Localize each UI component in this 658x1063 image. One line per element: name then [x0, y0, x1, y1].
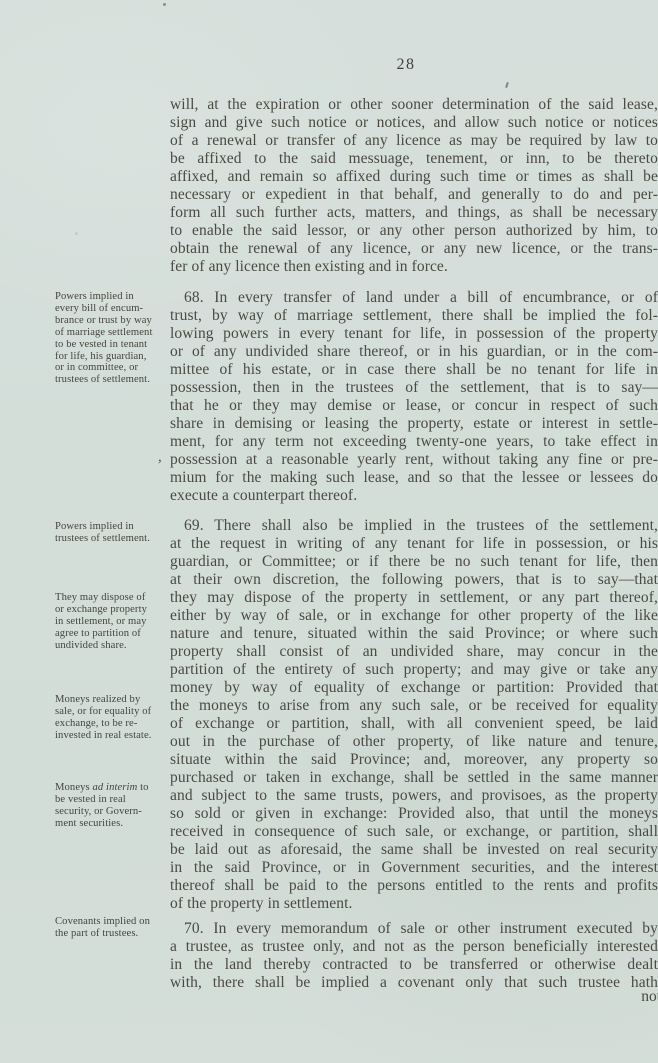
text-line: guardian, or Committee; or if there be n…: [170, 553, 658, 571]
text-line: possession at a reasonable yearly rent, …: [170, 451, 658, 469]
note-text: to: [137, 782, 148, 793]
text-line: security, or Govern-: [55, 806, 167, 818]
margin-note-powers-bill-encumbrance: Powers implied inevery bill of encum-bra…: [55, 291, 167, 386]
text-line: they may dispose of the property in sett…: [170, 589, 658, 607]
text-line: be vested in real: [55, 794, 167, 806]
text-line: trust, by way of marriage settlement, th…: [170, 307, 658, 325]
text-line: or in committee, or: [55, 362, 167, 374]
margin-note-dispose-exchange: They may dispose ofor exchange propertyi…: [55, 592, 167, 652]
dust-speck: [163, 3, 166, 6]
text-line: invested in real estate.: [55, 730, 167, 742]
text-line: affixed, and remain so affixed during su…: [170, 168, 658, 186]
text-line: and subject to the same trusts, powers, …: [170, 787, 658, 805]
text-line: Moneys ad interim to: [55, 782, 167, 794]
text-line: the part of trustees.: [55, 928, 167, 940]
text-line: every bill of encum-: [55, 303, 167, 315]
note-lines: be vested in realsecurity, or Govern-men…: [55, 794, 167, 830]
text-line: nature and tenure, situated within the s…: [170, 625, 658, 643]
text-line: Covenants implied on: [55, 916, 167, 928]
text-line: for life, his guardian,: [55, 351, 167, 363]
margin-note-moneys-reinvested: Moneys realized bysale, or for equality …: [55, 694, 167, 742]
text-line: of a renewal or transfer of any licence …: [170, 132, 658, 150]
text-line: be laid out as aforesaid, the same shall…: [170, 841, 658, 859]
text-line: brance or trust by way: [55, 315, 167, 327]
text-line: agree to partition of: [55, 628, 167, 640]
section-69-paragraph: 69. There shall also be implied in the t…: [170, 517, 658, 913]
stray-ink-mark: ,: [158, 449, 162, 466]
text-line: thereof shall be paid to the persons ent…: [170, 877, 658, 895]
text-line: of exchange or partition, shall, with al…: [170, 715, 658, 733]
text-line: so sold or given in exchange: Provided a…: [170, 805, 658, 823]
text-line: at their own discretion, the following p…: [170, 571, 658, 589]
margin-note-covenants-trustees: Covenants implied onthe part of trustees…: [55, 916, 167, 940]
catchword: not: [170, 988, 658, 1006]
section-70-paragraph: 70. In every memorandum of sale or other…: [170, 920, 658, 992]
text-line: Powers implied in: [55, 291, 167, 303]
margin-note-powers-trustees: Powers implied intrustees of settlement.: [55, 521, 167, 545]
text-line: Moneys realized by: [55, 694, 167, 706]
text-line: 68. In every transfer of land under a bi…: [170, 289, 658, 307]
dust-speck: [505, 82, 509, 88]
text-line: sale, or for equality of: [55, 706, 167, 718]
dust-speck: [75, 232, 78, 235]
text-line: be affixed to the said messuage, tenemen…: [170, 150, 658, 168]
text-line: received in consequence of such sale, or…: [170, 823, 658, 841]
text-line: necessary or expedient in that behalf, a…: [170, 186, 658, 204]
note-text-italic: ad interim: [92, 782, 137, 793]
text-line: fer of any licence then existing and in …: [170, 258, 658, 276]
page-number: 28: [170, 56, 642, 74]
text-line: mittee of his estate, or in case there s…: [170, 361, 658, 379]
text-line: property shall consist of an undivided s…: [170, 643, 658, 661]
text-line: the moneys to arise from any such sale, …: [170, 697, 658, 715]
text-line: They may dispose of: [55, 592, 167, 604]
margin-note-moneys-ad-interim: Moneys ad interim to be vested in realse…: [55, 782, 167, 830]
text-line: obtain the renewal of any licence, or an…: [170, 240, 658, 258]
text-line: to be vested in tenant: [55, 339, 167, 351]
text-line: share in demising or leasing the propert…: [170, 415, 658, 433]
text-line: will, at the expiration or other sooner …: [170, 96, 658, 114]
text-line: money by way of equality of exchange or …: [170, 679, 658, 697]
scanned-book-page: 28 will, at the expiration or other soon…: [0, 0, 658, 1063]
text-line: lowing powers in every tenant for life, …: [170, 325, 658, 343]
note-text: Moneys: [55, 782, 92, 793]
text-line: sign and give such notice or notices, an…: [170, 114, 658, 132]
text-line: out in the purchase of other property, o…: [170, 733, 658, 751]
text-line: that he or they may demise or lease, or …: [170, 397, 658, 415]
text-line: 70. In every memorandum of sale or other…: [170, 920, 658, 938]
text-line: situate within the said Province; and, m…: [170, 751, 658, 769]
text-line: at the request in writing of any tenant …: [170, 535, 658, 553]
continuation-paragraph: will, at the expiration or other sooner …: [170, 96, 658, 276]
text-line: in the said Province, or in Government s…: [170, 859, 658, 877]
text-line: to enable the said lessor, or any other …: [170, 222, 658, 240]
text-line: possession, then in the trustees of the …: [170, 379, 658, 397]
text-line: Powers implied in: [55, 521, 167, 533]
text-line: or of any undivided share thereof, or in…: [170, 343, 658, 361]
text-line: in settlement, or may: [55, 616, 167, 628]
text-line: of marriage settlement: [55, 327, 167, 339]
text-line: in the land thereby contracted to be tra…: [170, 956, 658, 974]
text-line: ment, for any term not exceeding twenty-…: [170, 433, 658, 451]
text-line: 69. There shall also be implied in the t…: [170, 517, 658, 535]
text-line: trustees of settlement.: [55, 533, 167, 545]
text-line: ment securities.: [55, 818, 167, 830]
text-line: of the property in settlement.: [170, 895, 658, 913]
text-line: either by way of sale, or in exchange fo…: [170, 607, 658, 625]
text-line: purchased or taken in exchange, shall be…: [170, 769, 658, 787]
text-line: exchange, to be re-: [55, 718, 167, 730]
text-line: mium for the making such lease, and so t…: [170, 469, 658, 487]
text-line: undivided share.: [55, 640, 167, 652]
section-68-paragraph: 68. In every transfer of land under a bi…: [170, 289, 658, 505]
text-line: a trustee, as trustee only, and not as t…: [170, 938, 658, 956]
text-line: form all such further acts, matters, and…: [170, 204, 658, 222]
text-line: or exchange property: [55, 604, 167, 616]
text-line: partition of the entirety of such proper…: [170, 661, 658, 679]
text-line: execute a counterpart thereof.: [170, 487, 658, 505]
text-line: trustees of settlement.: [55, 374, 167, 386]
